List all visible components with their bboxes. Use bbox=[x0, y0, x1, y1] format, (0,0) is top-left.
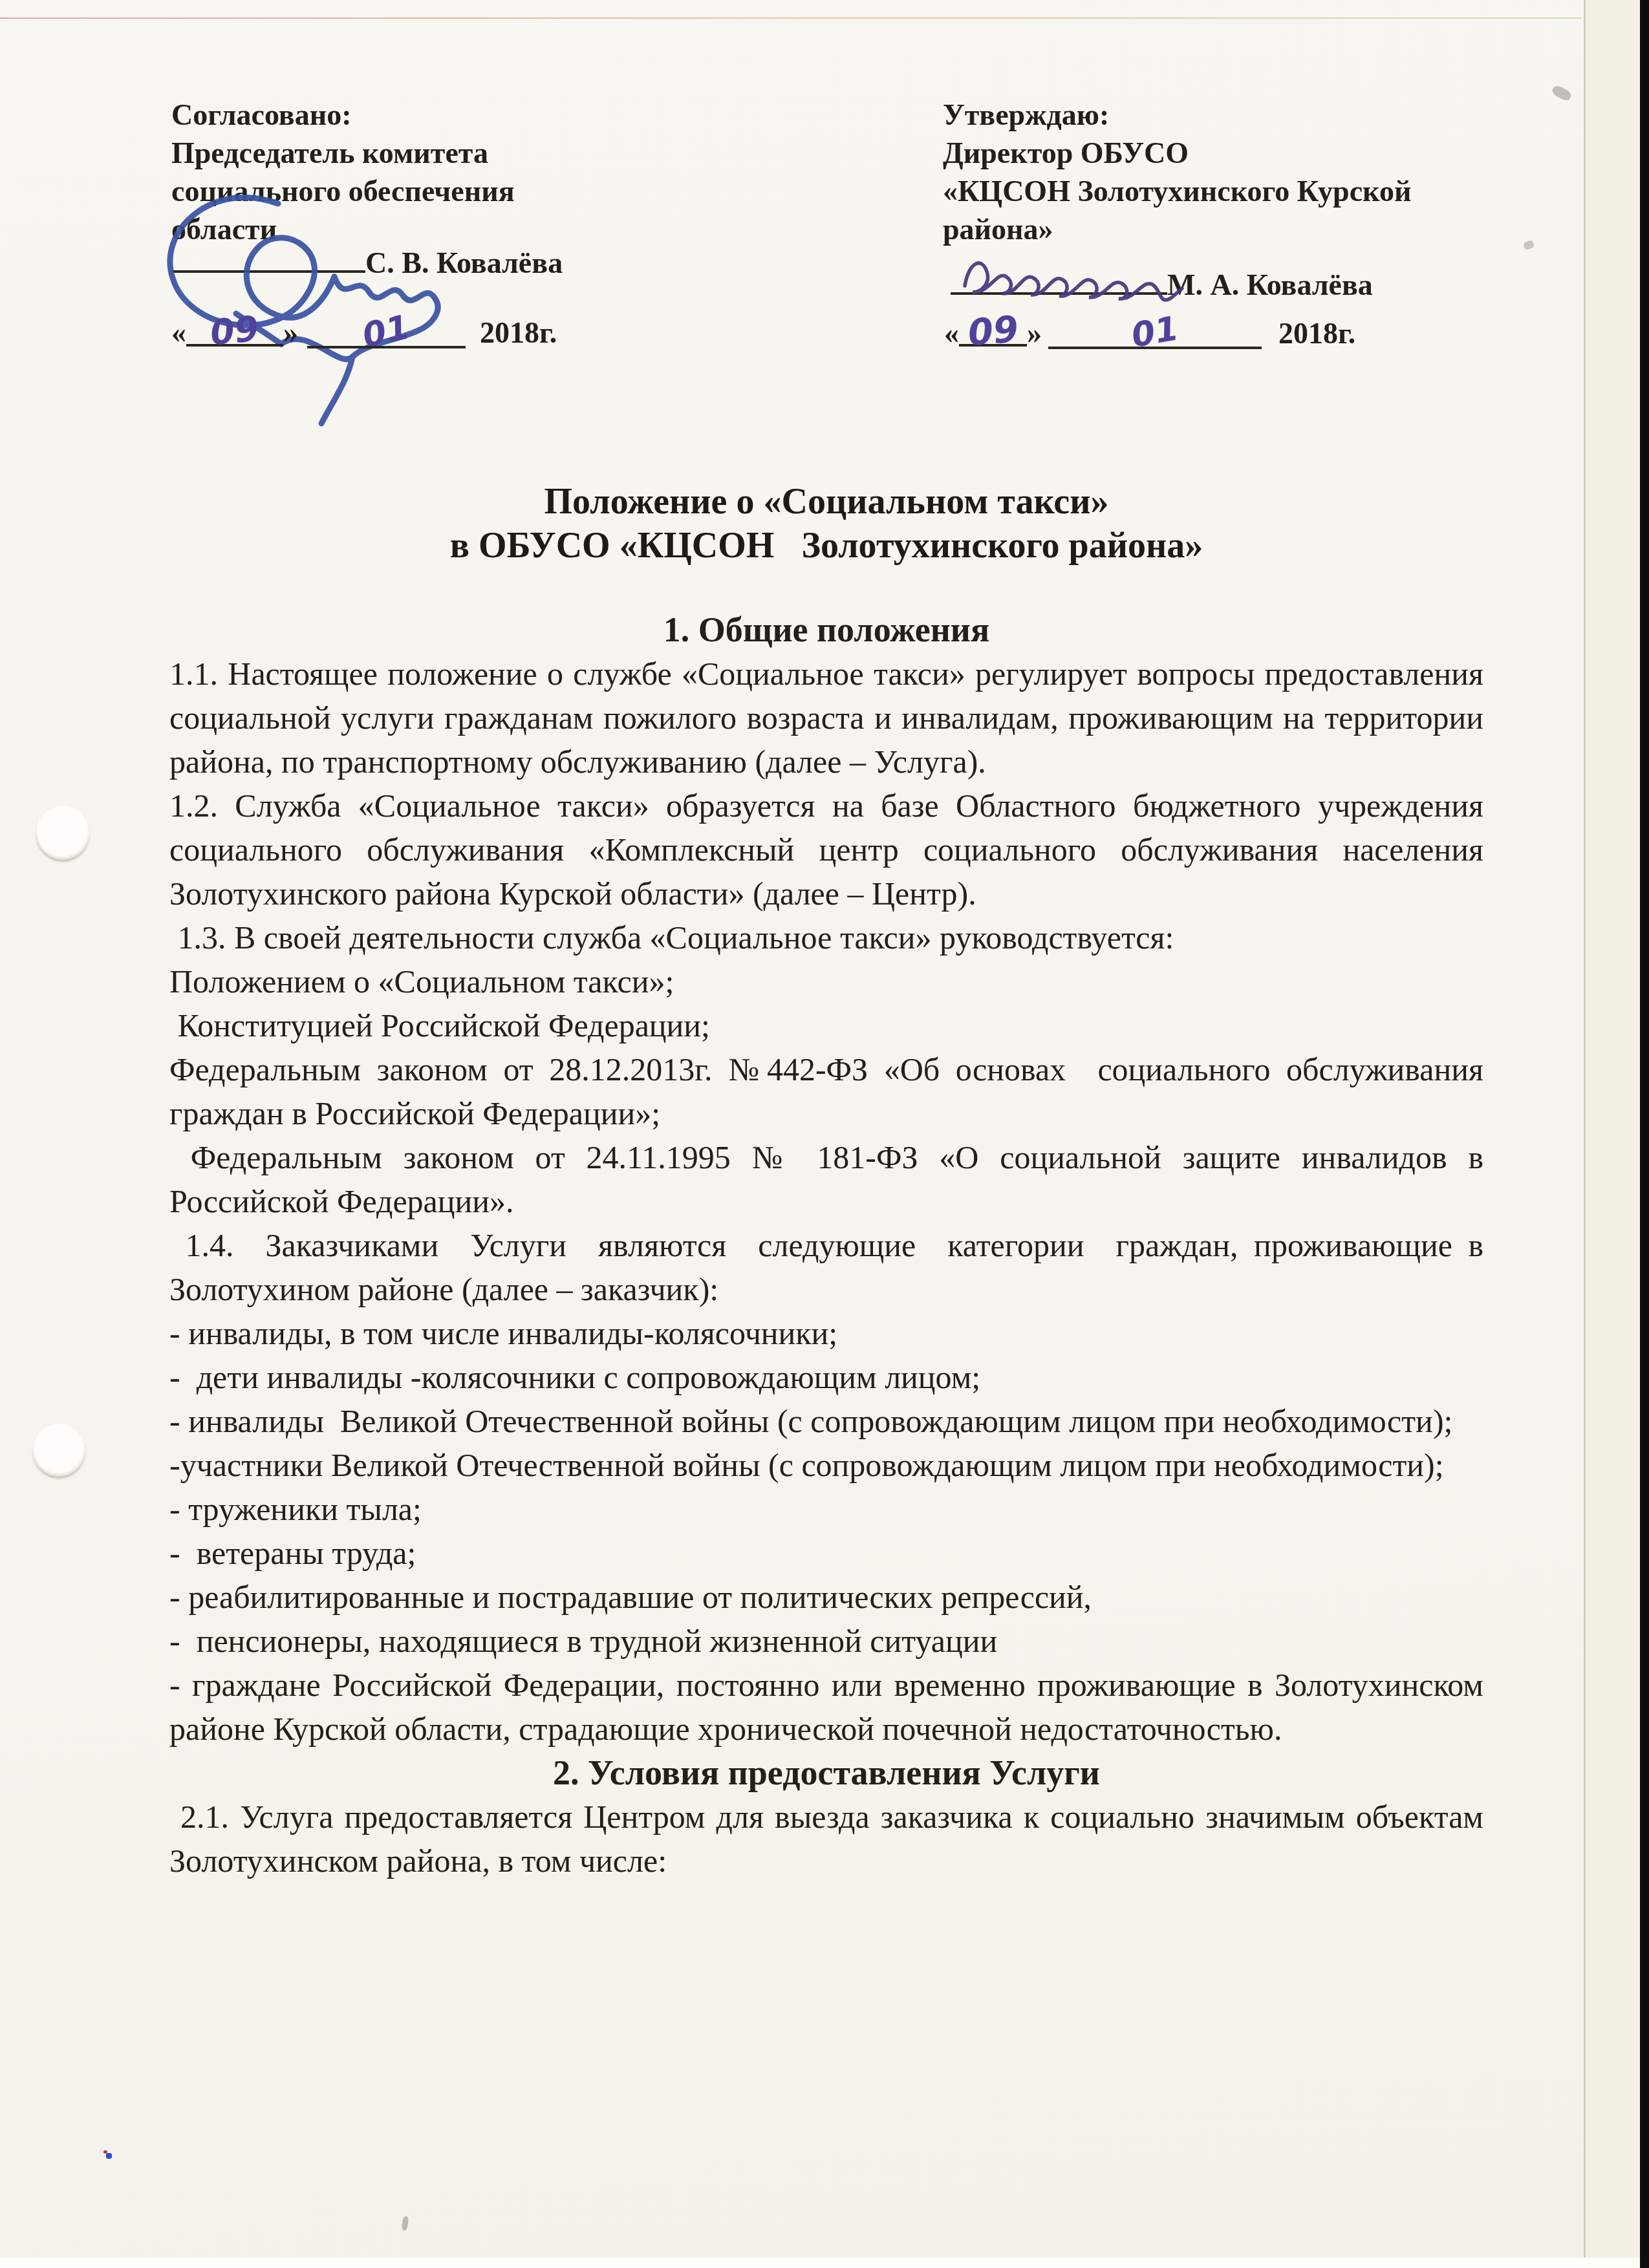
scanner-background-strip bbox=[1640, 0, 1649, 2268]
approved-position-line2: социального обеспечения bbox=[171, 172, 663, 210]
approved-date-month-line: 01 bbox=[307, 312, 466, 348]
body-line: 2. Условия предоставления Услуги bbox=[169, 1751, 1483, 1795]
body-line: - инвалиды, в том числе инвалиды-колясоч… bbox=[169, 1311, 1483, 1355]
quote-close: » bbox=[283, 316, 298, 349]
approved-signer-name: С. В. Ковалёва bbox=[365, 246, 563, 279]
body-line: - дети инвалиды -колясочники с сопровожд… bbox=[169, 1355, 1483, 1399]
approval-signer-name: М. А. Ковалёва bbox=[1167, 268, 1373, 301]
approval-date-day-line: 09 bbox=[959, 310, 1027, 347]
approved-date-row: «09»012018г. bbox=[171, 310, 557, 350]
body-line: 1.2. Служба «Социальное такси» образуетс… bbox=[169, 784, 1483, 915]
approval-date-month-line: 01 bbox=[1048, 313, 1262, 349]
handwritten-month: 01 bbox=[1128, 309, 1181, 356]
scan-bottom-strip bbox=[0, 2258, 1640, 2268]
approved-signature-line bbox=[171, 238, 365, 273]
document-title-line2: в ОБУСО «КЦСОН Золотухинского района» bbox=[169, 524, 1483, 568]
scan-speck bbox=[402, 2216, 409, 2231]
body-line: Федеральным законом от 24.11.1995 № 181-… bbox=[169, 1135, 1483, 1223]
body-line: Конституцией Российской Федерации; bbox=[169, 1003, 1483, 1047]
body-line: 1.4. Заказчиками Услуги являются следующ… bbox=[169, 1223, 1483, 1311]
body-line: 1.3. В своей деятельности служба «Социал… bbox=[169, 915, 1483, 959]
scan-top-artifact-line bbox=[0, 17, 1582, 19]
document-title-line1: Положение о «Социальном такси» bbox=[169, 480, 1483, 524]
punch-hole-top bbox=[36, 806, 90, 860]
approval-position-line2: «КЦСОН Золотухинского Курской bbox=[943, 172, 1486, 210]
approval-date-row: «09»012018г. bbox=[944, 310, 1355, 350]
quote-open: « bbox=[944, 317, 959, 350]
approval-position-line1: Директор ОБУСО bbox=[943, 134, 1486, 172]
scan-speck bbox=[1522, 240, 1535, 251]
approved-block: Согласовано: Председатель комитета социа… bbox=[171, 96, 663, 248]
scan-speck bbox=[106, 2153, 112, 2159]
approved-date-year: 2018г. bbox=[480, 316, 557, 349]
scan-speck bbox=[1551, 84, 1573, 102]
body-line: 2.1. Услуга предоставляется Центром для … bbox=[169, 1795, 1483, 1883]
body-line: -участники Великой Отечественной войны (… bbox=[169, 1443, 1483, 1487]
body-line: - граждане Российской Федерации, постоян… bbox=[169, 1663, 1483, 1751]
body-line: Федеральным законом от 28.12.2013г. №442… bbox=[169, 1047, 1483, 1135]
body-line: - инвалиды Великой Отечественной войны (… bbox=[169, 1399, 1483, 1443]
body-line: 1.1. Настоящее положение о службе «Социа… bbox=[169, 652, 1483, 784]
quote-close: » bbox=[1027, 317, 1042, 350]
body-line: - пенсионеры, находящиеся в трудной жизн… bbox=[169, 1619, 1483, 1663]
approval-date-year: 2018г. bbox=[1278, 317, 1355, 350]
body-line: - реабилитированные и пострадавшие от по… bbox=[169, 1575, 1483, 1619]
quote-open: « bbox=[171, 316, 186, 349]
body-line: Положением о «Социальном такси»; bbox=[169, 959, 1483, 1003]
body-line: - труженики тыла; bbox=[169, 1487, 1483, 1531]
approved-label: Согласовано: bbox=[171, 96, 663, 134]
body-line: - ветераны труда; bbox=[169, 1531, 1483, 1575]
handwritten-day: 09 bbox=[966, 308, 1020, 355]
body-line: 1. Общие положения bbox=[169, 608, 1483, 652]
approved-date-day-line: 09 bbox=[186, 310, 283, 347]
approved-signature-row: С. В. Ковалёва bbox=[171, 238, 563, 280]
handwritten-month: 01 bbox=[360, 308, 413, 356]
approval-position-line3: района» bbox=[943, 210, 1486, 248]
approval-signature-row: М. А. Ковалёва bbox=[951, 260, 1373, 302]
paper-edge-margin bbox=[1586, 0, 1640, 2268]
scanned-document-page: Согласовано: Председатель комитета социа… bbox=[0, 0, 1649, 2268]
punch-hole-bottom bbox=[32, 1424, 85, 1477]
handwritten-day: 09 bbox=[208, 308, 261, 354]
approval-signature-line bbox=[951, 260, 1167, 295]
approved-position-line1: Председатель комитета bbox=[171, 134, 663, 172]
scan-speck bbox=[103, 2150, 107, 2154]
approval-label: Утверждаю: bbox=[943, 96, 1486, 134]
document-body: 1. Общие положения 1.1. Настоящее положе… bbox=[169, 608, 1483, 1883]
approval-block: Утверждаю: Директор ОБУСО «КЦСОН Золотух… bbox=[943, 96, 1486, 248]
